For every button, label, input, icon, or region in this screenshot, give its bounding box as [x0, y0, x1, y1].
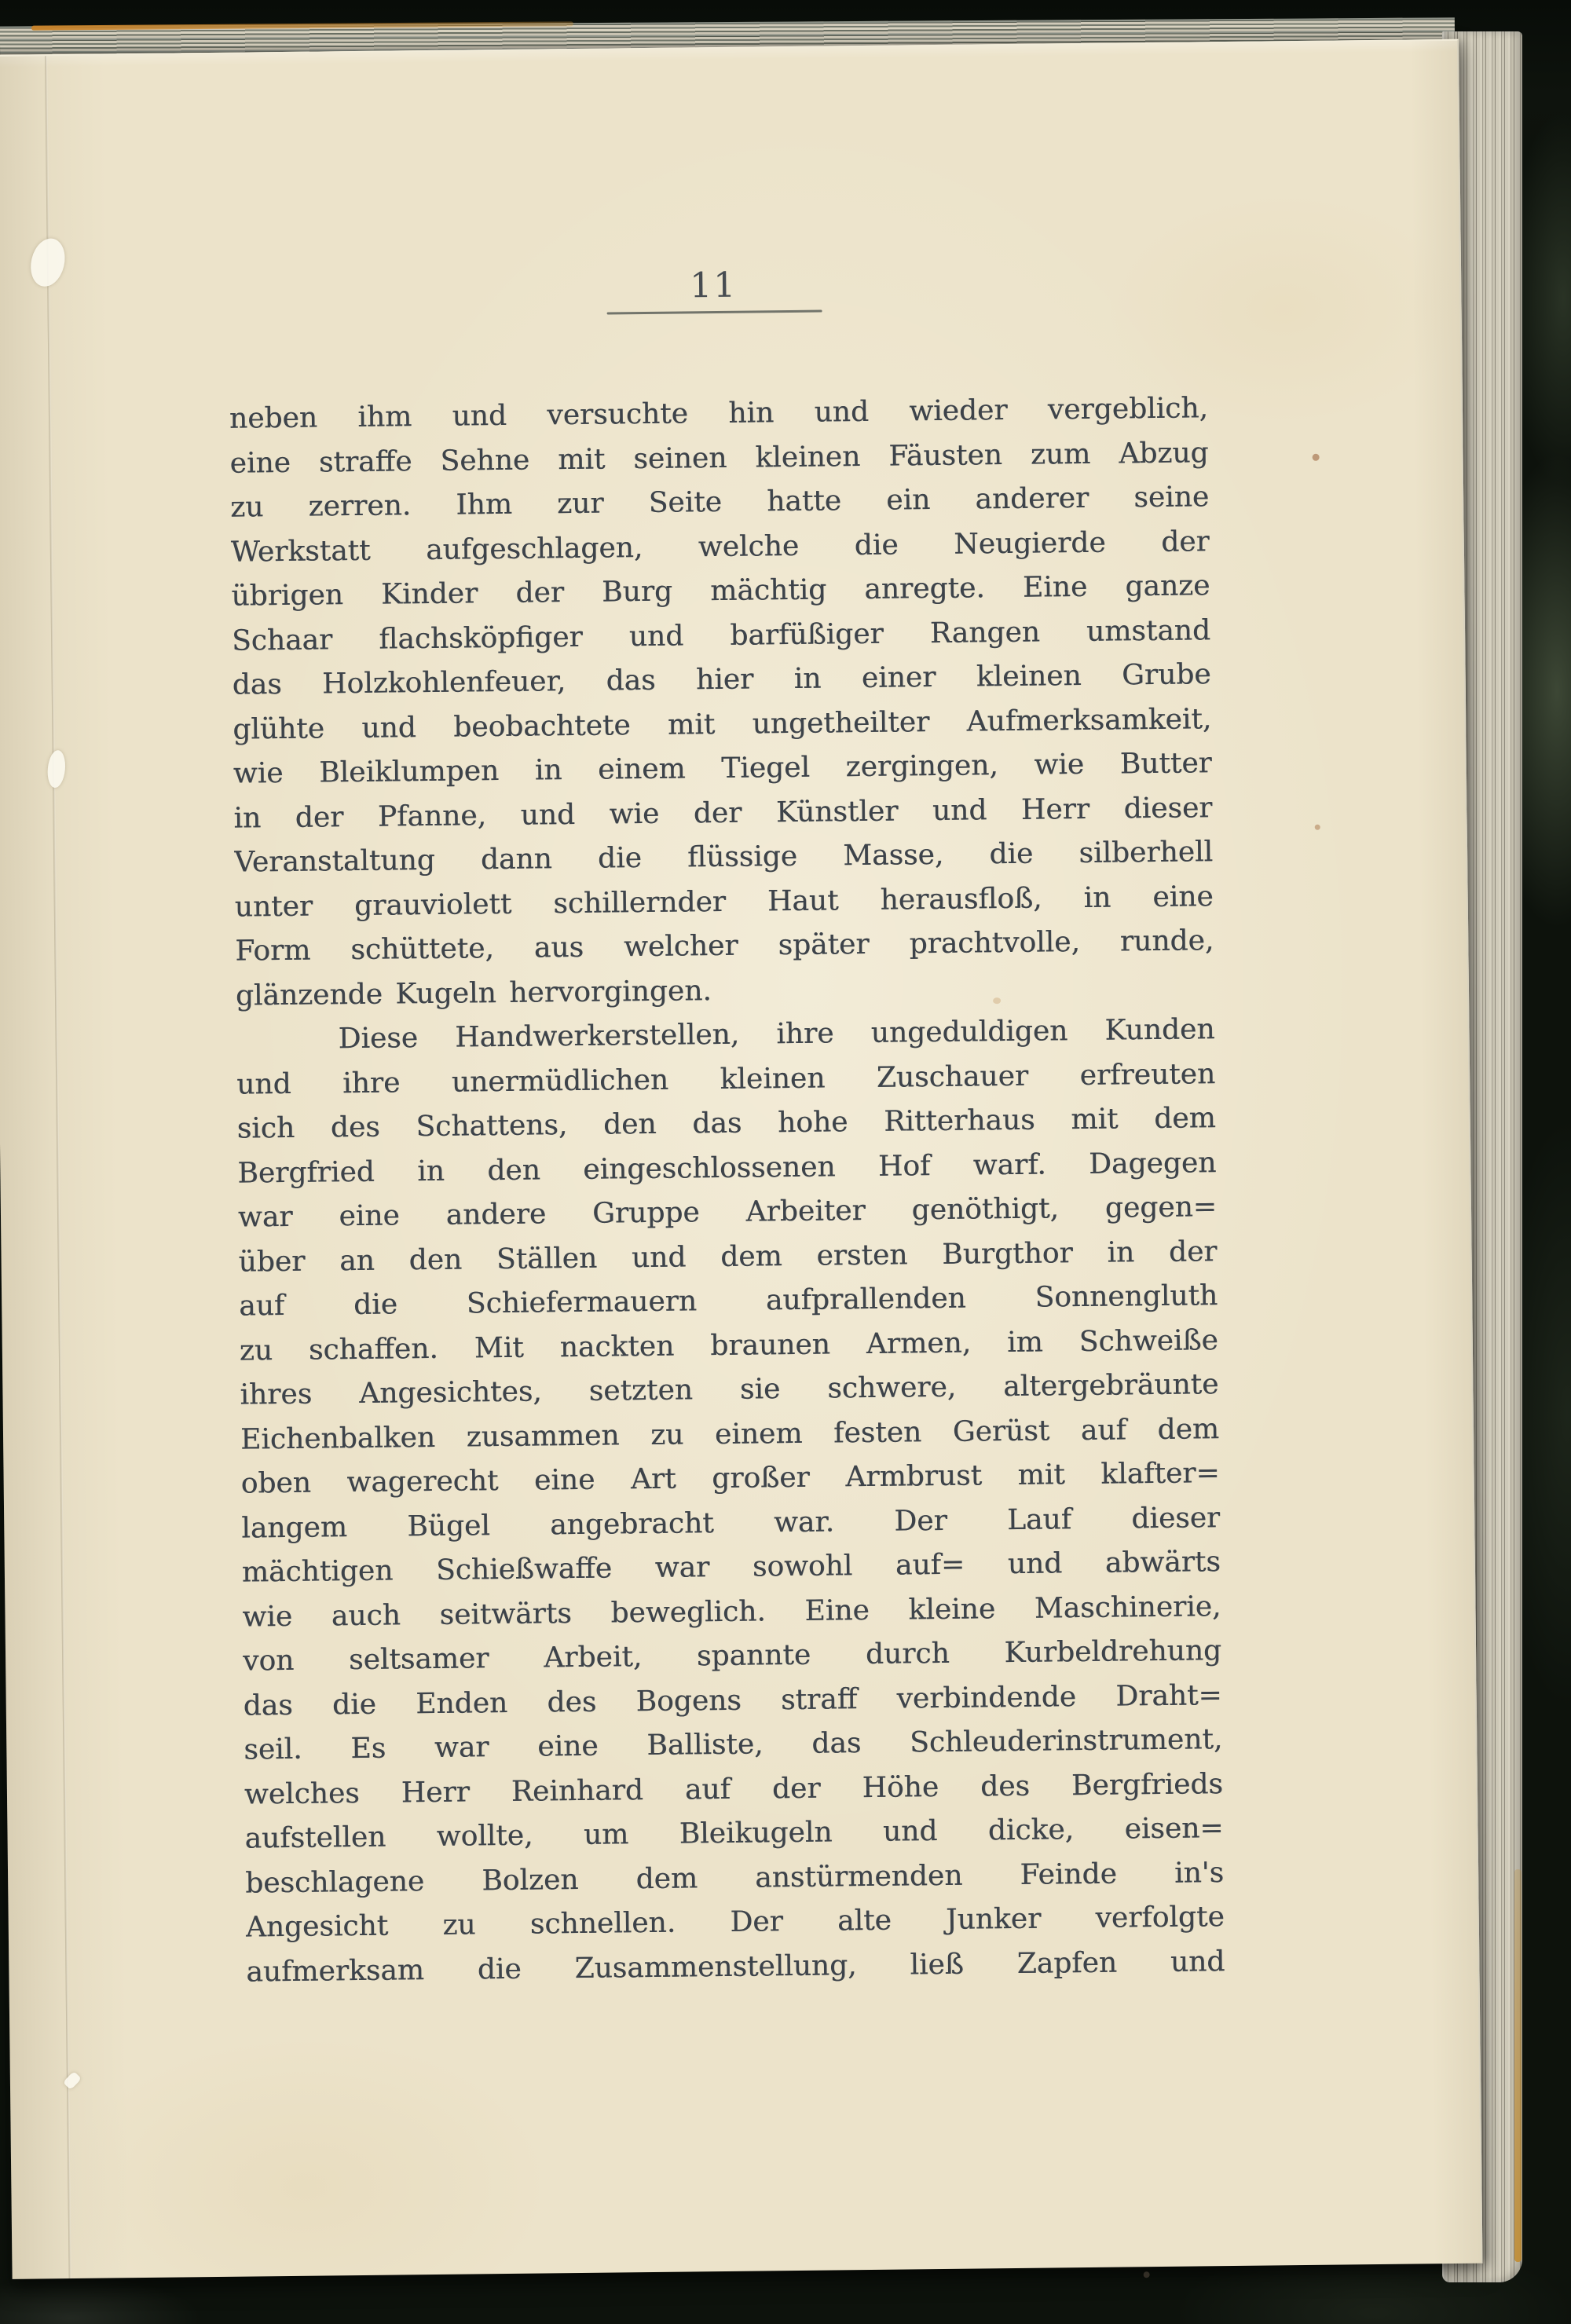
paper-tear	[46, 749, 67, 789]
ink-speck	[1144, 2271, 1150, 2278]
text-block: neben ihm und versuchte hin und wieder v…	[229, 386, 1225, 1994]
page-crease	[45, 56, 71, 2278]
paragraph: Diese Handwerkerstellen, ihre ungeduldig…	[236, 1008, 1225, 1994]
right-gilt-strip	[1514, 1869, 1522, 2262]
foxing-spot	[1313, 454, 1320, 461]
page-number-rule	[607, 310, 822, 315]
foxing-spot	[1315, 825, 1320, 830]
foxing-spot	[993, 997, 1001, 1004]
book-page: 11 neben ihm und versuchte hin und wiede…	[0, 39, 1483, 2279]
paragraph: neben ihm und versuchte hin und wieder v…	[229, 386, 1214, 1018]
page-number: 11	[603, 265, 824, 307]
book-scan: 11 neben ihm und versuchte hin und wiede…	[0, 0, 1571, 2324]
paper-pinhole	[63, 2071, 82, 2090]
paper-tear	[26, 235, 69, 290]
